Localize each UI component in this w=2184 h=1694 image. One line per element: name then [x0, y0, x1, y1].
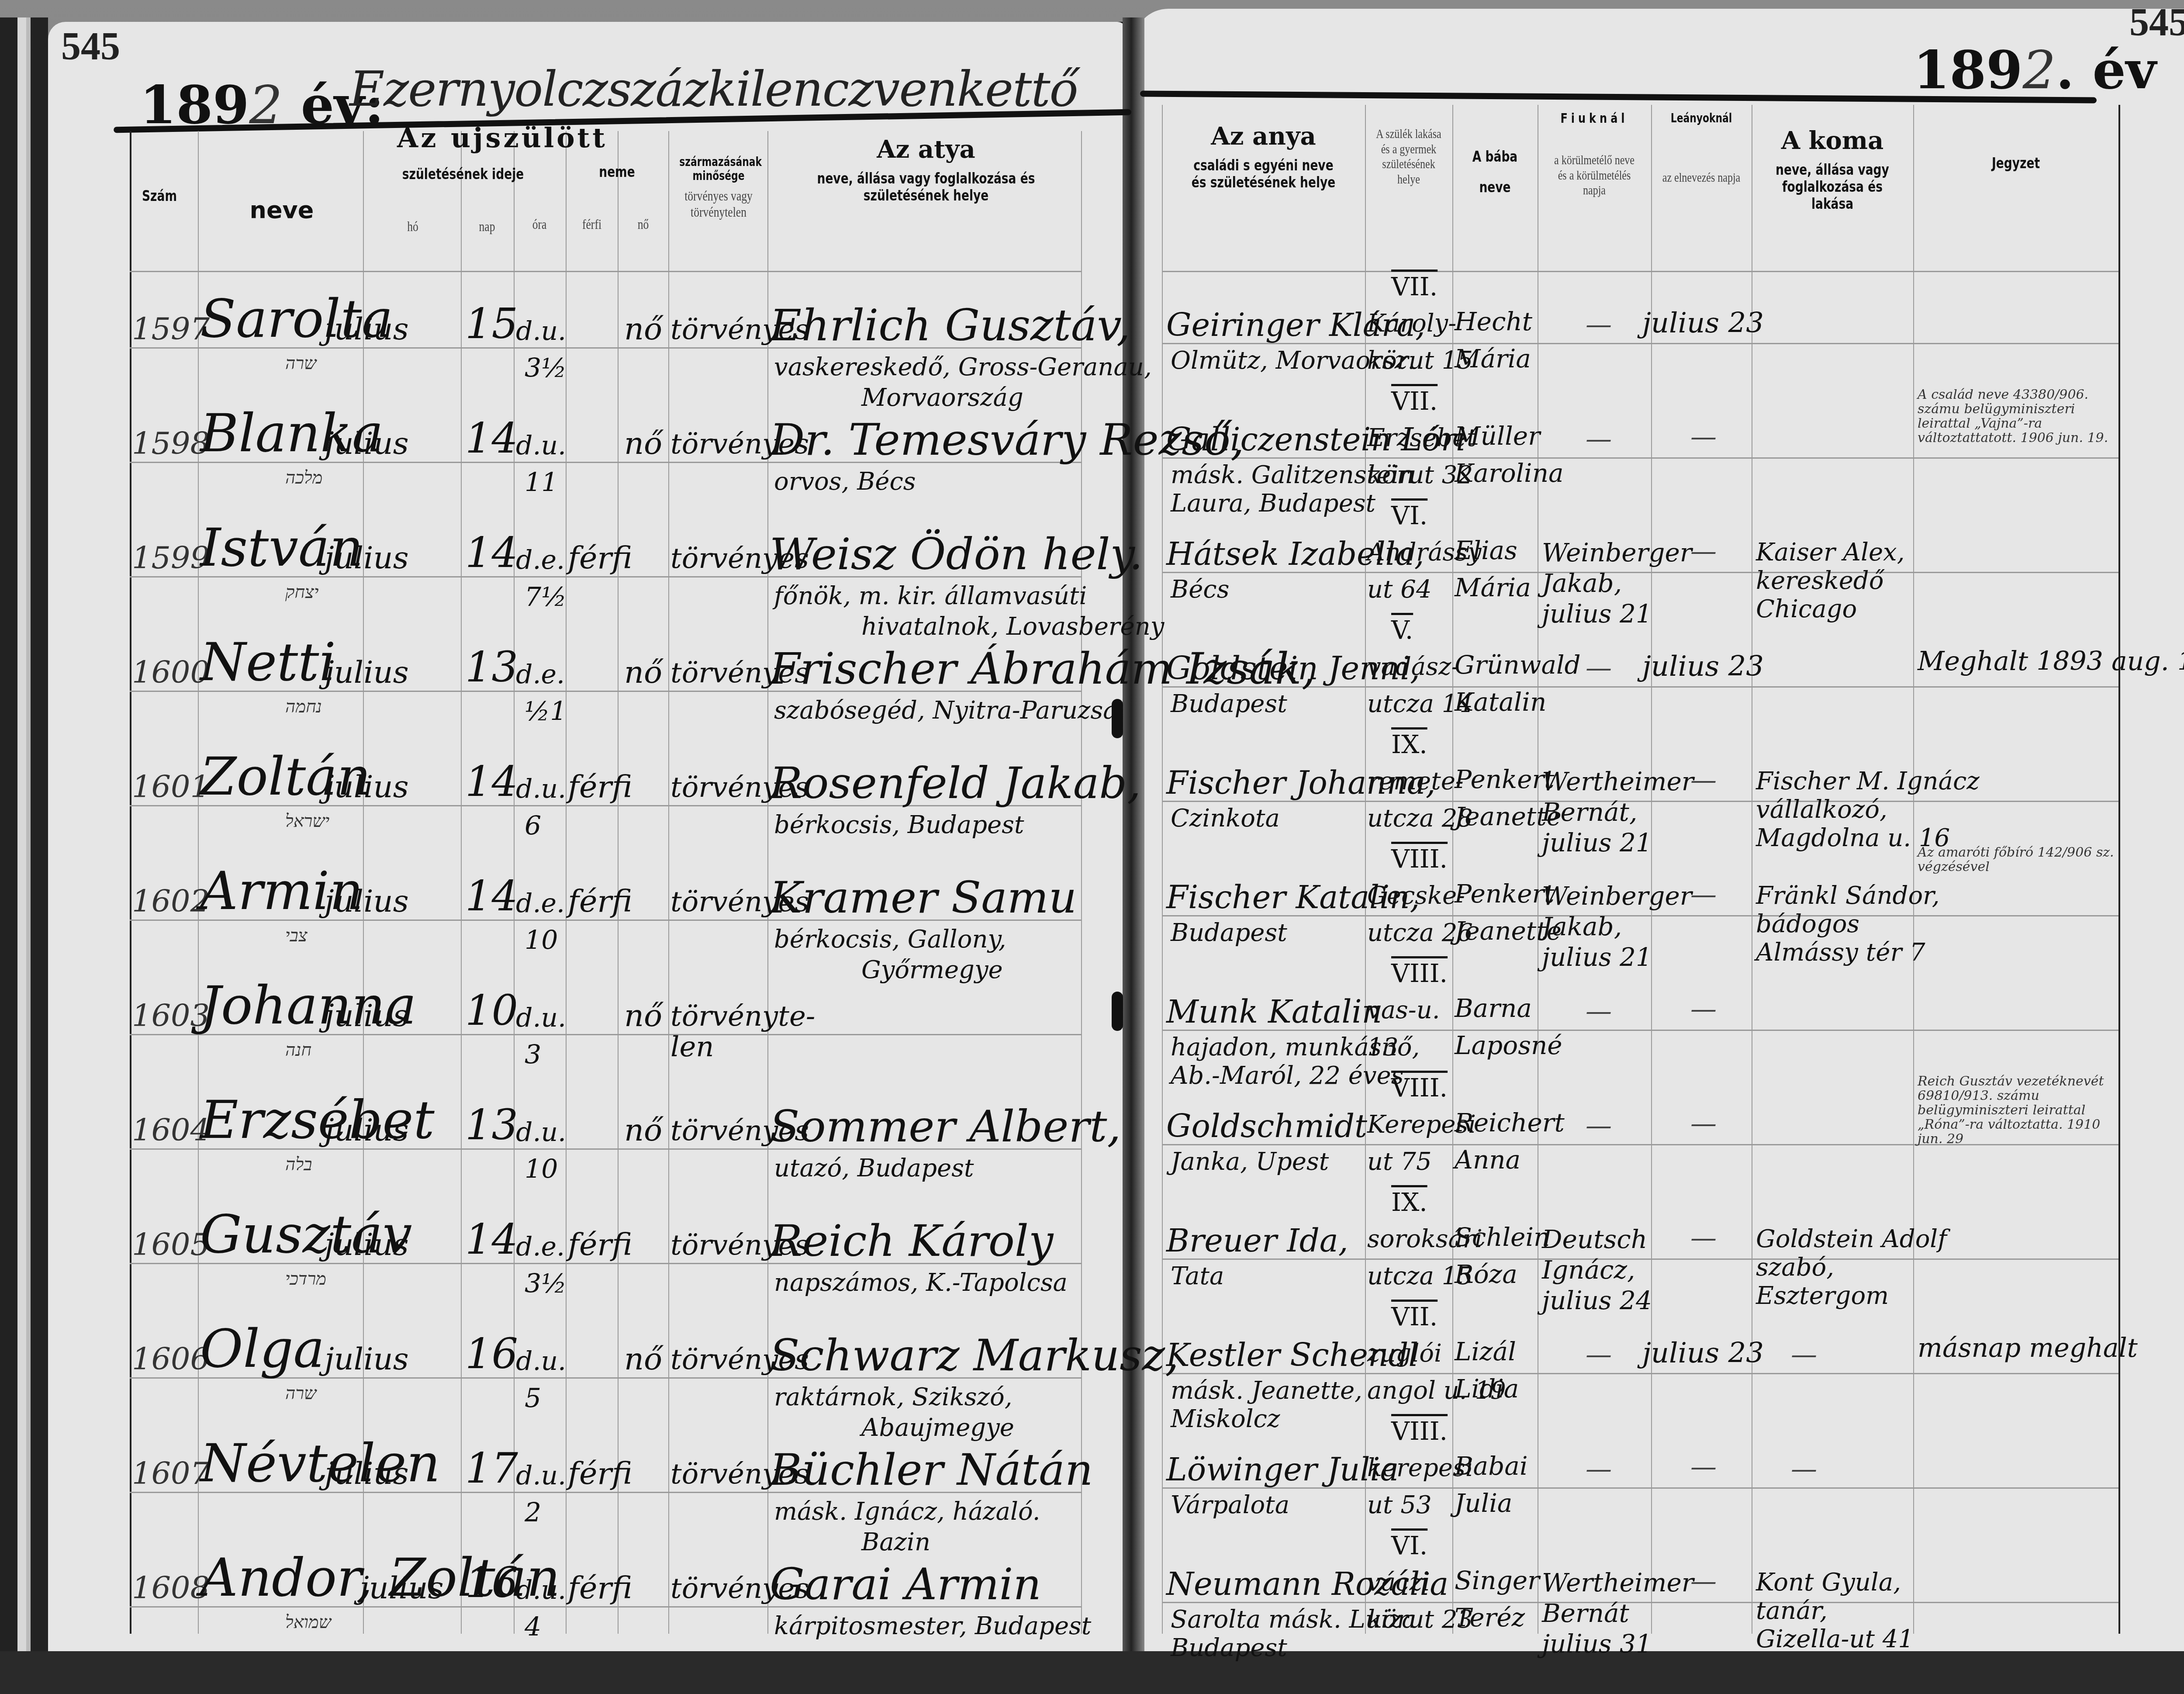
legitimacy: törvényes	[670, 658, 767, 688]
header-mother: Az anya	[1162, 122, 1365, 150]
naming-date: —	[1690, 766, 1717, 795]
midwife: Mária	[1455, 345, 1531, 373]
birth-hour: 11	[525, 468, 558, 497]
father-info: utazó, Budapest	[774, 1155, 974, 1182]
godparent: bádogos	[1756, 911, 1859, 938]
circumciser: Jakab,	[1542, 570, 1622, 598]
mother-info: Budapest	[1171, 1635, 1287, 1662]
mother-info: másk. Jeanette,	[1171, 1377, 1362, 1404]
birth-day: 13	[465, 645, 518, 691]
district: VIII.	[1391, 1074, 1448, 1102]
right-page-number: 545	[2129, 0, 2184, 45]
birth-month: julius	[325, 885, 409, 918]
midwife: Mária	[1455, 574, 1531, 602]
hebrew-name: מרדכי	[285, 1269, 326, 1289]
hebrew-name: שרה	[285, 354, 316, 373]
district: VII.	[1391, 273, 1438, 301]
legitimacy: törvényes	[670, 772, 767, 803]
birth-ampm: d.e.	[516, 546, 565, 574]
column-rule	[1162, 105, 1163, 1634]
naming-date: —	[1690, 537, 1717, 566]
residence: váczi	[1367, 1569, 1430, 1596]
midwife: Müller	[1455, 422, 1540, 450]
header-godparent: A koma	[1752, 127, 1913, 155]
header-sex: neme	[577, 164, 657, 181]
birth-day: 10	[465, 988, 518, 1034]
circumciser: Jakab,	[1542, 913, 1622, 941]
godparent: —	[1791, 1340, 1817, 1369]
birth-day: 16	[465, 1560, 518, 1606]
circumciser: julius 24	[1542, 1287, 1652, 1315]
birth-hour: 3½	[525, 354, 567, 383]
godparent: Esztergom	[1756, 1283, 1889, 1310]
note: Reich Gusztáv vezetéknevét 69810/913. sz…	[1918, 1074, 2118, 1146]
sex-female: nő	[624, 312, 662, 346]
father-info: raktárnok, Szikszó,	[774, 1384, 1013, 1411]
residence: Károly-	[1367, 310, 1456, 337]
sex-male: férfi	[568, 885, 632, 918]
entry-number: 1599	[132, 541, 210, 575]
birth-month: julius	[325, 1457, 409, 1490]
column-rule	[1913, 105, 1914, 1634]
birth-month: julius	[325, 770, 409, 804]
birth-ampm: d.u.	[516, 1576, 566, 1604]
father-info: vaskereskedő, Gross-Geranau,	[774, 354, 1152, 381]
left-margin-mark: 5	[31, 24, 46, 59]
header-birth-time: születésének ideje	[387, 166, 540, 183]
mother-info: Miskolcz	[1171, 1406, 1280, 1433]
naming-date: —	[1690, 995, 1717, 1023]
circumciser: julius 31	[1542, 1630, 1652, 1658]
note: másnap meghalt	[1918, 1334, 2138, 1362]
scan-bottom-shadow	[0, 1651, 2184, 1694]
birth-ampm: d.e.	[516, 1232, 565, 1261]
midwife: Schlein	[1455, 1224, 1550, 1251]
midwife: Penkert	[1455, 880, 1555, 908]
father-info: bérkocsis, Budapest	[774, 812, 1024, 839]
father-name: Sommer Albert,	[770, 1103, 1121, 1151]
sex-male: férfi	[568, 770, 632, 804]
residence: zuglói	[1367, 1340, 1442, 1367]
naming-date: julius 23	[1642, 651, 1764, 682]
father-name: Rosenfeld Jakab,	[770, 759, 1141, 807]
birth-month: julius	[325, 656, 409, 689]
column-rule	[198, 131, 199, 1634]
father-name: Schwarz Markusz,	[770, 1331, 1179, 1379]
hebrew-name: יצחק	[285, 583, 319, 602]
header-nap: nap	[466, 218, 508, 235]
naming-date: —	[1690, 1224, 1717, 1252]
naming-date: —	[1690, 422, 1717, 451]
birth-day: 16	[465, 1331, 518, 1377]
father-name: Garai Armin	[770, 1560, 1041, 1608]
birth-hour: 10	[525, 1155, 558, 1184]
entry-number: 1608	[132, 1571, 210, 1605]
naming-date: —	[1690, 1109, 1717, 1138]
birth-ampm: d.u.	[516, 774, 566, 803]
midwife: Reichert	[1455, 1109, 1565, 1137]
birth-month: julius	[325, 1228, 409, 1262]
godparent: —	[1791, 1455, 1817, 1483]
birth-day: 17	[465, 1446, 518, 1492]
district: VIII.	[1391, 960, 1448, 988]
circumciser: Weinberger	[1542, 882, 1692, 910]
circumciser: Deutsch	[1542, 1226, 1647, 1254]
birth-month: julius	[325, 312, 409, 346]
legitimacy: törvényes	[670, 1230, 767, 1261]
legitimacy: törvényes	[670, 429, 767, 460]
header-boys-sub: a körülmetélő neve és a körülmetélés nap…	[1549, 153, 1640, 198]
year-right: 1892. év	[1913, 39, 2156, 101]
residence: vas-u.	[1367, 997, 1440, 1024]
birth-day: 15	[465, 301, 518, 347]
left-page-number: 545	[61, 24, 120, 69]
mother-info: Tata	[1171, 1263, 1224, 1290]
father-name: Büchler Nátán	[770, 1446, 1093, 1494]
birth-day: 14	[465, 530, 518, 576]
district: VI.	[1391, 502, 1427, 530]
birth-ampm: d.u.	[516, 431, 566, 460]
entry-number: 1602	[132, 885, 210, 918]
mother-info: Bécs	[1171, 576, 1229, 603]
header-notes: Jegyzet	[1936, 155, 2096, 172]
birth-hour: 2	[525, 1498, 541, 1527]
midwife: Babai	[1455, 1452, 1527, 1480]
mother-info: Janka, Upest	[1171, 1148, 1329, 1175]
godparent: Gizella-ut 41	[1756, 1626, 1914, 1653]
circumciser: Weinberger	[1542, 539, 1692, 567]
entry-number: 1606	[132, 1342, 210, 1376]
birth-hour: ½1	[525, 697, 567, 726]
midwife: Hecht	[1455, 308, 1532, 336]
hebrew-name: שרה	[285, 1384, 316, 1403]
child-name: Netti	[200, 634, 336, 691]
sex-male: férfi	[568, 1457, 632, 1490]
sex-female: nő	[624, 1113, 662, 1147]
binding-clip	[1112, 699, 1123, 738]
birth-hour: 7½	[525, 583, 567, 612]
midwife: Róza	[1455, 1261, 1517, 1289]
district: IX.	[1391, 1189, 1427, 1217]
hebrew-name: צבי	[285, 926, 308, 945]
header-midwife-sub: neve	[1462, 179, 1528, 196]
birth-day: 14	[465, 416, 518, 462]
header-father-sub: neve, állása vagy foglalkozása és szület…	[803, 170, 1049, 204]
circumciser: julius 21	[1542, 944, 1652, 971]
godparent: tanár,	[1756, 1597, 1828, 1625]
father-info: orvos, Bécs	[774, 468, 916, 495]
residence: ut 64	[1367, 576, 1432, 603]
header-mother-sub: családi s egyéni neve és születésének he…	[1184, 157, 1343, 191]
birth-hour: 3½	[525, 1269, 567, 1298]
mother-info: Ab.-Maról, 22 éves	[1171, 1062, 1403, 1089]
residence: ut 53	[1367, 1492, 1432, 1519]
header-bottom-rule	[1162, 271, 2118, 272]
column-rule	[767, 131, 768, 1634]
column-rule	[668, 131, 669, 1634]
midwife: Elias	[1455, 537, 1517, 565]
naming-date: julius 23	[1642, 308, 1764, 339]
circumciser: Wertheimer	[1542, 768, 1694, 796]
birth-ampm: d.u.	[516, 1003, 566, 1032]
legitimacy: törvényes	[670, 1459, 767, 1490]
midwife: Teréz	[1455, 1604, 1525, 1632]
circumciser: —	[1586, 1340, 1612, 1369]
naming-date: —	[1690, 880, 1717, 909]
godparent: Chicago	[1756, 596, 1857, 623]
header-legit: törvényes vagy törvénytelen	[678, 188, 759, 220]
birth-day: 14	[465, 759, 518, 805]
sex-male: férfi	[568, 541, 632, 575]
residence: ut 75	[1367, 1148, 1432, 1175]
father-info: bérkocsis, Gallony,	[774, 926, 1006, 953]
circumciser: —	[1586, 1455, 1612, 1483]
father-info: szabósegéd, Nyitra-Paruzsa	[774, 697, 1118, 724]
naming-date: —	[1690, 1452, 1717, 1481]
entry-number: 1603	[132, 999, 210, 1033]
mother-info: Czinkota	[1171, 805, 1280, 832]
birth-hour: 10	[525, 926, 558, 955]
district: VII.	[1391, 387, 1438, 415]
header-godparent-sub: neve, állása vagy foglalkozása és lakása	[1769, 162, 1896, 213]
entry-number: 1598	[132, 427, 210, 460]
hebrew-name: בלה	[285, 1155, 312, 1174]
legitimacy: törvényes	[670, 315, 767, 345]
birth-ampm: d.u.	[516, 1461, 566, 1490]
circumciser: Ignácz,	[1542, 1256, 1635, 1284]
godparent: szabó,	[1756, 1254, 1834, 1281]
sex-female: nő	[624, 427, 662, 460]
hebrew-name: שמואל	[285, 1613, 331, 1632]
mother-name: Breuer Ida,	[1166, 1224, 1348, 1258]
birth-ampm: d.e.	[516, 889, 565, 918]
header-origin: származásának minősége	[679, 155, 757, 183]
legitimacy: törvényes	[670, 1573, 767, 1604]
midwife: Anna	[1455, 1146, 1521, 1174]
midwife: Penkert	[1455, 766, 1555, 794]
hebrew-name: חנה	[285, 1041, 311, 1060]
birth-day: 13	[465, 1103, 518, 1148]
mother-info: Laura, Budapest	[1171, 490, 1375, 517]
birth-hour: 5	[525, 1384, 541, 1413]
header-girls-sub: az elnevezés napja	[1661, 170, 1742, 186]
hebrew-name: ישראל	[285, 812, 329, 831]
naming-date: —	[1690, 1567, 1717, 1596]
column-rule	[1538, 105, 1538, 1634]
district: VII.	[1391, 1303, 1438, 1331]
father-info: Győrmegye	[861, 957, 1003, 984]
midwife: Singer	[1455, 1567, 1540, 1595]
father-info: Morvaország	[861, 384, 1023, 411]
entry-number: 1607	[132, 1457, 210, 1490]
father-info: kárpitosmester, Budapest	[774, 1613, 1091, 1640]
birth-ampm: d.u.	[516, 1118, 566, 1147]
circumciser: —	[1586, 653, 1612, 682]
sex-female: nő	[624, 1342, 662, 1376]
residence: remete-	[1367, 768, 1464, 795]
note: A család neve 43380/906. számu belügymin…	[1918, 387, 2118, 445]
mother-info: Várpalota	[1171, 1492, 1289, 1519]
birth-month: julius	[325, 1342, 409, 1376]
column-rule	[461, 131, 462, 1634]
birth-hour: 3	[525, 1041, 541, 1069]
district: IX.	[1391, 731, 1427, 759]
legitimacy: törvényte-len	[670, 1001, 767, 1063]
midwife: Julia	[1455, 1490, 1512, 1518]
midwife: Lidia	[1455, 1375, 1519, 1403]
column-rule	[618, 131, 619, 1634]
note: Meghalt 1893 aug. 17.	[1918, 647, 2184, 676]
circumciser: Wertheimer	[1542, 1569, 1694, 1597]
mother-info: Budapest	[1171, 920, 1287, 947]
legitimacy: törvényes	[670, 543, 767, 574]
sex-male: férfi	[568, 1228, 632, 1262]
header-newborn: Az ujszülött	[306, 122, 699, 153]
godparent: Goldstein Adolf	[1756, 1226, 1947, 1253]
header-ferfi: férfi	[571, 216, 613, 232]
district: VI.	[1391, 1532, 1427, 1560]
header-szam: Szám	[132, 188, 187, 205]
birth-day: 14	[465, 1217, 518, 1263]
birth-ampm: d.u.	[516, 1347, 566, 1376]
header-ora: óra	[518, 216, 560, 232]
birth-day: 14	[465, 874, 518, 920]
naming-date: julius 23	[1642, 1338, 1764, 1369]
birth-month: julius	[359, 1571, 444, 1605]
residence: Gecske-	[1367, 882, 1465, 909]
header-neve: neve	[199, 197, 365, 224]
godparent: vállalkozó,	[1756, 796, 1887, 823]
header-boys: Fiuknál	[1549, 111, 1640, 127]
godparent: Kont Gyula,	[1756, 1569, 1901, 1596]
book-spine	[1123, 17, 1144, 1669]
district: VIII.	[1391, 845, 1448, 873]
circumciser: —	[1586, 1111, 1612, 1140]
residence: vadász-	[1367, 653, 1459, 681]
sex-male: férfi	[568, 1571, 632, 1605]
circumciser: —	[1586, 310, 1612, 339]
father-name: Ehrlich Gusztáv,	[770, 301, 1130, 349]
entry-number: 1605	[132, 1228, 210, 1262]
father-info: másk. Ignácz, házaló.	[774, 1498, 1040, 1525]
entry-number: 1597	[132, 312, 210, 346]
right-page	[1133, 9, 2184, 1664]
circumciser: julius 21	[1542, 600, 1652, 628]
district: V.	[1391, 616, 1413, 644]
header-girls: Leányoknál	[1662, 111, 1740, 125]
father-info: hivatalnok, Lovasberény	[861, 613, 1164, 640]
circumciser: Bernát,	[1542, 799, 1637, 826]
mother-info: Budapest	[1171, 691, 1287, 718]
birth-month: julius	[325, 541, 409, 575]
legitimacy: törvényes	[670, 887, 767, 917]
midwife: Laposné	[1455, 1032, 1562, 1060]
residence: 13	[1367, 1034, 1398, 1061]
mother-name: Munk Katalin	[1166, 995, 1382, 1029]
father-info: Bazin	[861, 1529, 930, 1556]
book-edge-left	[0, 17, 48, 1694]
binding-clip	[1112, 992, 1123, 1031]
entry-number: 1601	[132, 770, 210, 804]
birth-ampm: d.u.	[516, 317, 566, 346]
circumciser: —	[1586, 997, 1612, 1026]
midwife: Barna	[1455, 995, 1532, 1023]
midwife: Karolina	[1455, 460, 1564, 487]
godparent: kereskedő	[1756, 567, 1883, 595]
father-name: Weisz Ödön hely.	[770, 530, 1143, 578]
father-info: főnök, m. kir. államvasúti	[774, 583, 1087, 610]
header-midwife: A bába	[1462, 149, 1528, 166]
entry-number: 1604	[132, 1113, 210, 1147]
column-rule	[2118, 105, 2120, 1634]
district: VIII.	[1391, 1417, 1448, 1445]
hebrew-name: מלכה	[285, 468, 322, 487]
note: Az amaróti főbíró 142/906 sz. végzésével	[1918, 845, 2118, 874]
midwife: Katalin	[1455, 688, 1546, 716]
child-name: Olga	[200, 1321, 325, 1378]
header-residence: A szülék lakása és a gyermek születéséne…	[1374, 127, 1444, 187]
circumciser: julius 21	[1542, 829, 1652, 857]
midwife: Lizál	[1455, 1338, 1516, 1366]
mother-name: Goldschmidt	[1166, 1109, 1367, 1144]
hebrew-name: נחמה	[285, 697, 322, 716]
birth-month: julius	[325, 1113, 409, 1147]
header-bottom-rule	[130, 271, 1081, 272]
birth-month: julius	[325, 999, 409, 1033]
father-name: Kramer Samu	[770, 874, 1077, 922]
entry-number: 1600	[132, 656, 210, 689]
father-info: Abaujmegye	[861, 1414, 1014, 1442]
column-rule	[130, 131, 131, 1634]
circumciser: Bernát	[1542, 1600, 1629, 1628]
birth-hour: 6	[525, 812, 541, 840]
godparent: Fischer M. Ignácz	[1756, 768, 1980, 795]
godparent: Fränkl Sándor,	[1756, 882, 1940, 909]
legitimacy: törvényes	[670, 1116, 767, 1146]
header-ho: hó	[374, 218, 451, 235]
circumciser: —	[1586, 425, 1612, 453]
godparent: Kaiser Alex,	[1756, 539, 1904, 566]
birth-hour: 4	[525, 1613, 541, 1642]
mother-name: Löwinger Julia	[1166, 1452, 1399, 1487]
year-in-words: Ezernyolczszázkilenczvenkettő	[349, 61, 1078, 117]
legitimacy: törvényes	[670, 1345, 767, 1375]
godparent: Almássy tér 7	[1756, 939, 1925, 966]
midwife: Grünwald	[1455, 651, 1581, 679]
father-name: Reich Károly	[770, 1217, 1053, 1265]
birth-month: julius	[325, 427, 409, 460]
sex-female: nő	[624, 999, 662, 1033]
header-father: Az atya	[769, 135, 1083, 163]
sex-female: nő	[624, 656, 662, 689]
header-no: nő	[623, 216, 663, 232]
birth-ampm: d.e.	[516, 660, 565, 689]
father-info: napszámos, K.-Tapolcsa	[774, 1269, 1068, 1296]
